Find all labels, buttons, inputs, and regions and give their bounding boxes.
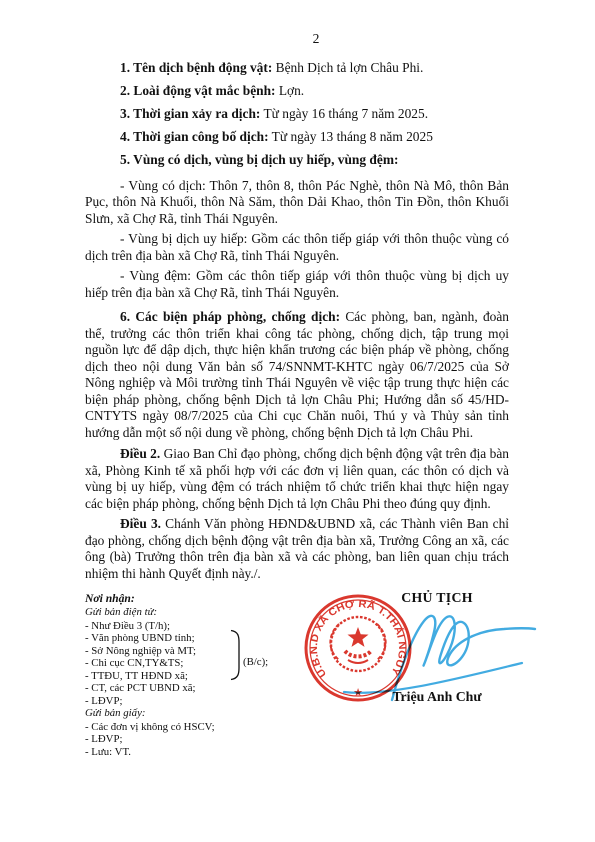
item-3-text: Từ ngày 16 tháng 7 năm 2025. bbox=[260, 106, 428, 121]
buffer-zone-text: - Vùng đệm: Gồm các thôn tiếp giáp với t… bbox=[85, 268, 509, 300]
paragraph-article-3: Điều 3. Chánh Văn phòng HĐND&UBND xã, cá… bbox=[85, 516, 509, 582]
paragraph-zones-heading: 5. Vùng có dịch, vùng bị dịch uy hiếp, v… bbox=[85, 152, 509, 169]
recipient-item: - Sở Nông nghiệp và MT; bbox=[85, 645, 315, 658]
recipient-item: - LĐVP; bbox=[85, 733, 315, 746]
paragraph-threatened-zone: - Vùng bị dịch uy hiếp: Gồm các thôn tiế… bbox=[85, 231, 509, 264]
recipient-item: - Như Điều 3 (T/h); bbox=[85, 620, 315, 633]
article-3-label: Điều 3. bbox=[120, 516, 161, 531]
item-2-label: 2. Loài động vật mắc bệnh: bbox=[120, 83, 276, 98]
carbon-copy-note: (B/c); bbox=[243, 656, 268, 669]
page-number: 2 bbox=[85, 31, 509, 47]
recipient-item: - Chi cục CN,TY&TS; bbox=[85, 657, 315, 670]
article-2-label: Điều 2. bbox=[120, 446, 160, 461]
paragraph-outbreak-time: 3. Thời gian xảy ra dịch: Từ ngày 16 thá… bbox=[85, 106, 509, 123]
infected-zone-text: - Vùng có dịch: Thôn 7, thôn 8, thôn Pác… bbox=[85, 178, 509, 226]
item-2-text: Lợn. bbox=[276, 83, 305, 98]
item-4-text: Từ ngày 13 tháng 8 năm 2025 bbox=[269, 129, 433, 144]
paragraph-infected-zone: - Vùng có dịch: Thôn 7, thôn 8, thôn Pác… bbox=[85, 178, 509, 228]
threatened-zone-text: - Vùng bị dịch uy hiếp: Gồm các thôn tiế… bbox=[85, 231, 509, 263]
paragraph-buffer-zone: - Vùng đệm: Gồm các thôn tiếp giáp với t… bbox=[85, 268, 509, 301]
recipients-paper-label: Gửi bản giấy: bbox=[85, 707, 315, 721]
recipient-item: - TTĐU, TT HĐND xã; bbox=[85, 670, 315, 683]
item-1-label: 1. Tên dịch bệnh động vật: bbox=[120, 60, 272, 75]
recipients-title: Nơi nhận: bbox=[85, 592, 315, 606]
recipient-item: - Các đơn vị không có HSCV; bbox=[85, 721, 315, 734]
recipient-item: - CT, các PCT UBND xã; bbox=[85, 682, 315, 695]
recipient-item: - Lưu: VT. bbox=[85, 746, 315, 759]
signature-ink bbox=[330, 602, 545, 710]
item-1-text: Bệnh Dịch tả lợn Châu Phi. bbox=[272, 60, 423, 75]
item-6-label: 6. Các biện pháp phòng, chống dịch: bbox=[120, 309, 340, 324]
paragraph-disease-name: 1. Tên dịch bệnh động vật: Bệnh Dịch tả … bbox=[85, 60, 509, 77]
recipient-item: - Văn phòng UBND tỉnh; bbox=[85, 632, 315, 645]
item-5-label: 5. Vùng có dịch, vùng bị dịch uy hiếp, v… bbox=[120, 152, 398, 167]
document-body: 2 1. Tên dịch bệnh động vật: Bệnh Dịch t… bbox=[85, 31, 509, 586]
grouping-bracket-icon bbox=[230, 629, 242, 681]
paragraph-measures: 6. Các biện pháp phòng, chống dịch: Các … bbox=[85, 309, 509, 441]
document-page: 2 1. Tên dịch bệnh động vật: Bệnh Dịch t… bbox=[0, 0, 595, 842]
recipients-block: Nơi nhận: Gửi bản điện tử: - Như Điều 3 … bbox=[85, 592, 315, 758]
item-3-label: 3. Thời gian xảy ra dịch: bbox=[120, 106, 260, 121]
paragraph-announce-time: 4. Thời gian công bố dịch: Từ ngày 13 th… bbox=[85, 129, 509, 146]
paragraph-species: 2. Loài động vật mắc bệnh: Lợn. bbox=[85, 83, 509, 100]
paragraph-article-2: Điều 2. Giao Ban Chỉ đạo phòng, chống dị… bbox=[85, 446, 509, 512]
item-4-label: 4. Thời gian công bố dịch: bbox=[120, 129, 269, 144]
item-6-text: Các phòng, ban, ngành, đoàn thể, trưởng … bbox=[85, 309, 509, 440]
recipients-electronic-label: Gửi bản điện tử: bbox=[85, 606, 315, 620]
recipient-item: - LĐVP; bbox=[85, 695, 315, 708]
